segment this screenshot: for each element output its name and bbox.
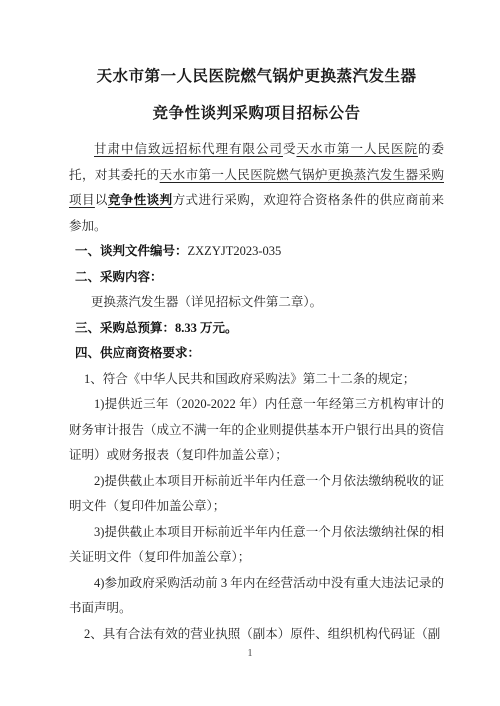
- requirement-item-2: 2、具有合法有效的营业执照（副本）原件、组织机构代码证（副: [69, 622, 444, 648]
- section-2-content: 更换蒸汽发生器（详见招标文件第二章）。: [69, 290, 444, 316]
- section-2-label: 二、采购内容：: [75, 270, 163, 284]
- requirement-item-1-sub-1: 1)提供近三年（2020-2022 年）内任意一年经第三方机构审计的财务审计报告…: [69, 392, 444, 469]
- title-line-2: 竞争性谈判采购项目招标公告: [69, 95, 444, 132]
- intro-text-by: 以: [95, 193, 108, 207]
- requirement-item-1-sub-3: 3)提供截止本项目开标前近半年内任意一个月依法缴纳社保的相关证明文件（复印件加盖…: [69, 520, 444, 571]
- requirement-item-1: 1、符合《中华人民共和国政府采购法》第二十二条的规定；: [69, 367, 444, 393]
- intro-text-received: 受: [283, 142, 297, 156]
- requirement-item-1-sub-4: 4)参加政府采购活动前 3 年内在经营活动中没有重大违法记录的书面声明。: [69, 571, 444, 622]
- section-1-heading: 一、谈判文件编号：ZXZYJT2023-035: [69, 239, 444, 265]
- negotiation-document-number: ZXZYJT2023-035: [188, 244, 282, 258]
- document-content: 天水市第一人民医院燃气锅炉更换蒸汽发生器 竞争性谈判采购项目招标公告 甘肃中信致…: [69, 58, 444, 647]
- title-line-1: 天水市第一人民医院燃气锅炉更换蒸汽发生器: [69, 58, 444, 95]
- client-name: 天水市第一人民医院: [296, 142, 417, 156]
- section-4-label: 四、供应商资格要求：: [75, 346, 200, 360]
- section-4-heading: 四、供应商资格要求：: [69, 341, 444, 367]
- section-3-heading: 三、采购总预算：8.33 万元。: [69, 316, 444, 342]
- document-title: 天水市第一人民医院燃气锅炉更换蒸汽发生器 竞争性谈判采购项目招标公告: [69, 58, 444, 132]
- intro-paragraph: 甘肃中信致远招标代理有限公司受天水市第一人民医院的委托，对其委托的天水市第一人民…: [69, 137, 444, 239]
- requirement-item-1-sub-2: 2)提供截止本项目开标前近半年内任意一个月依法缴纳税收的证明文件（复印件加盖公章…: [69, 469, 444, 520]
- section-1-label: 一、谈判文件编号：: [75, 244, 188, 258]
- agency-name: 甘肃中信致远招标代理有限公司: [94, 142, 283, 156]
- procurement-method: 竞争性谈判: [108, 193, 173, 207]
- page-number: 1: [0, 648, 500, 659]
- section-3-label: 三、采购总预算：8.33 万元。: [75, 321, 238, 335]
- document-page: 天水市第一人民医院燃气锅炉更换蒸汽发生器 竞争性谈判采购项目招标公告 甘肃中信致…: [0, 0, 500, 706]
- section-2-heading: 二、采购内容：: [69, 265, 444, 291]
